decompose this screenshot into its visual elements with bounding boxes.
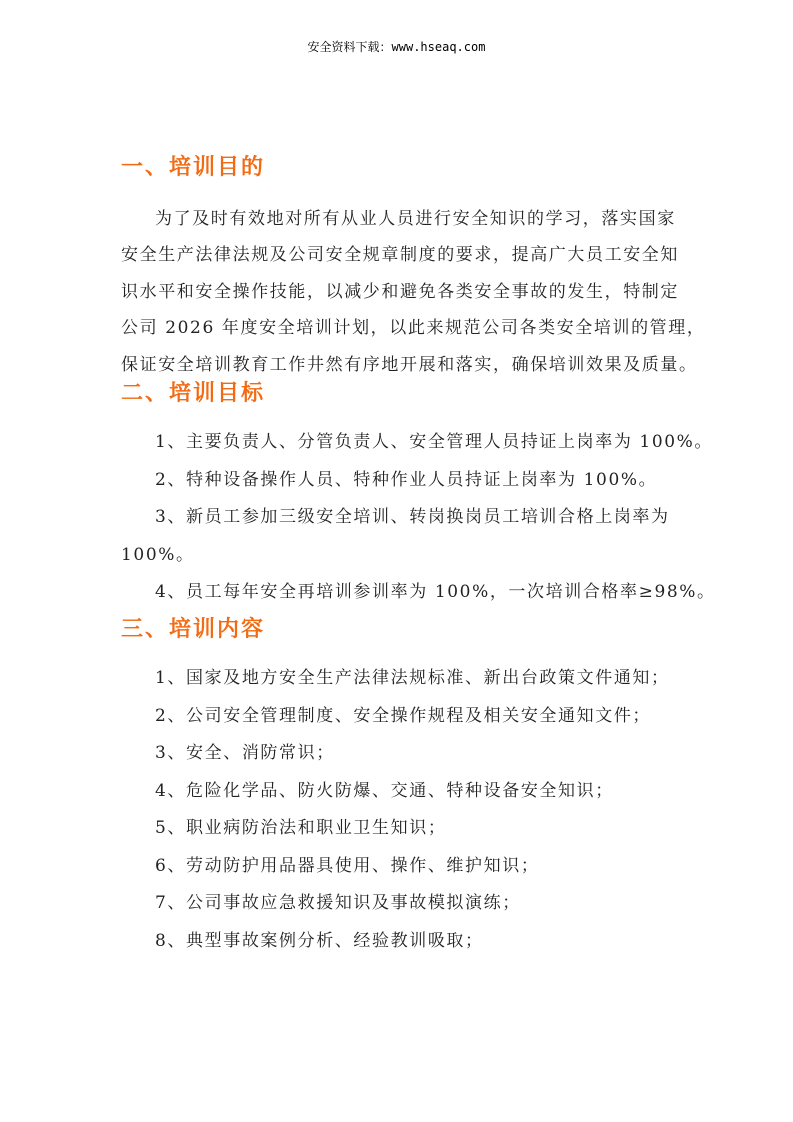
list-item: 5、职业病防治法和职业卫生知识； — [121, 810, 687, 848]
paragraph-line: 安全生产法律法规及公司安全规章制度的要求，提高广大员工安全知 — [121, 237, 687, 273]
list-item: 4、危险化学品、防火防爆、交通、特种设备安全知识； — [121, 773, 687, 811]
section-heading-purpose: 一、培训目的 — [121, 150, 265, 181]
list-item-continuation: 100%。 — [121, 537, 687, 575]
section-purpose-paragraph: 为了及时有效地对所有从业人员进行安全知识的学习，落实国家 安全生产法律法规及公司… — [121, 201, 687, 383]
list-item: 1、国家及地方安全生产法律法规标准、新出台政策文件通知； — [121, 660, 687, 698]
goals-list: 1、主要负责人、分管负责人、安全管理人员持证上岗率为 100%。 2、特种设备操… — [121, 424, 687, 612]
list-item: 8、典型事故案例分析、经验教训吸取； — [121, 923, 687, 961]
page-header-watermark: 安全资料下载：www.hseaq.com — [0, 38, 793, 55]
list-item: 2、特种设备操作人员、特种作业人员持证上岗率为 100%。 — [121, 462, 687, 500]
paragraph-line: 识水平和安全操作技能，以减少和避免各类安全事故的发生，特制定 — [121, 274, 687, 310]
list-item: 4、员工每年安全再培训参训率为 100%，一次培训合格率≥98%。 — [121, 574, 687, 612]
list-item: 7、公司事故应急救援知识及事故模拟演练； — [121, 885, 687, 923]
paragraph-line: 为了及时有效地对所有从业人员进行安全知识的学习，落实国家 — [121, 201, 687, 237]
section-heading-goals: 二、培训目标 — [121, 376, 265, 407]
content-list: 1、国家及地方安全生产法律法规标准、新出台政策文件通知； 2、公司安全管理制度、… — [121, 660, 687, 960]
list-item: 2、公司安全管理制度、安全操作规程及相关安全通知文件； — [121, 698, 687, 736]
list-item: 3、新员工参加三级安全培训、转岗换岗员工培训合格上岗率为 — [121, 499, 687, 537]
list-item: 3、安全、消防常识； — [121, 735, 687, 773]
paragraph-line: 公司 2026 年度安全培训计划，以此来规范公司各类安全培训的管理， — [121, 310, 687, 346]
list-item: 6、劳动防护用品器具使用、操作、维护知识； — [121, 848, 687, 886]
list-item: 1、主要负责人、分管负责人、安全管理人员持证上岗率为 100%。 — [121, 424, 687, 462]
section-heading-content: 三、培训内容 — [121, 612, 265, 643]
